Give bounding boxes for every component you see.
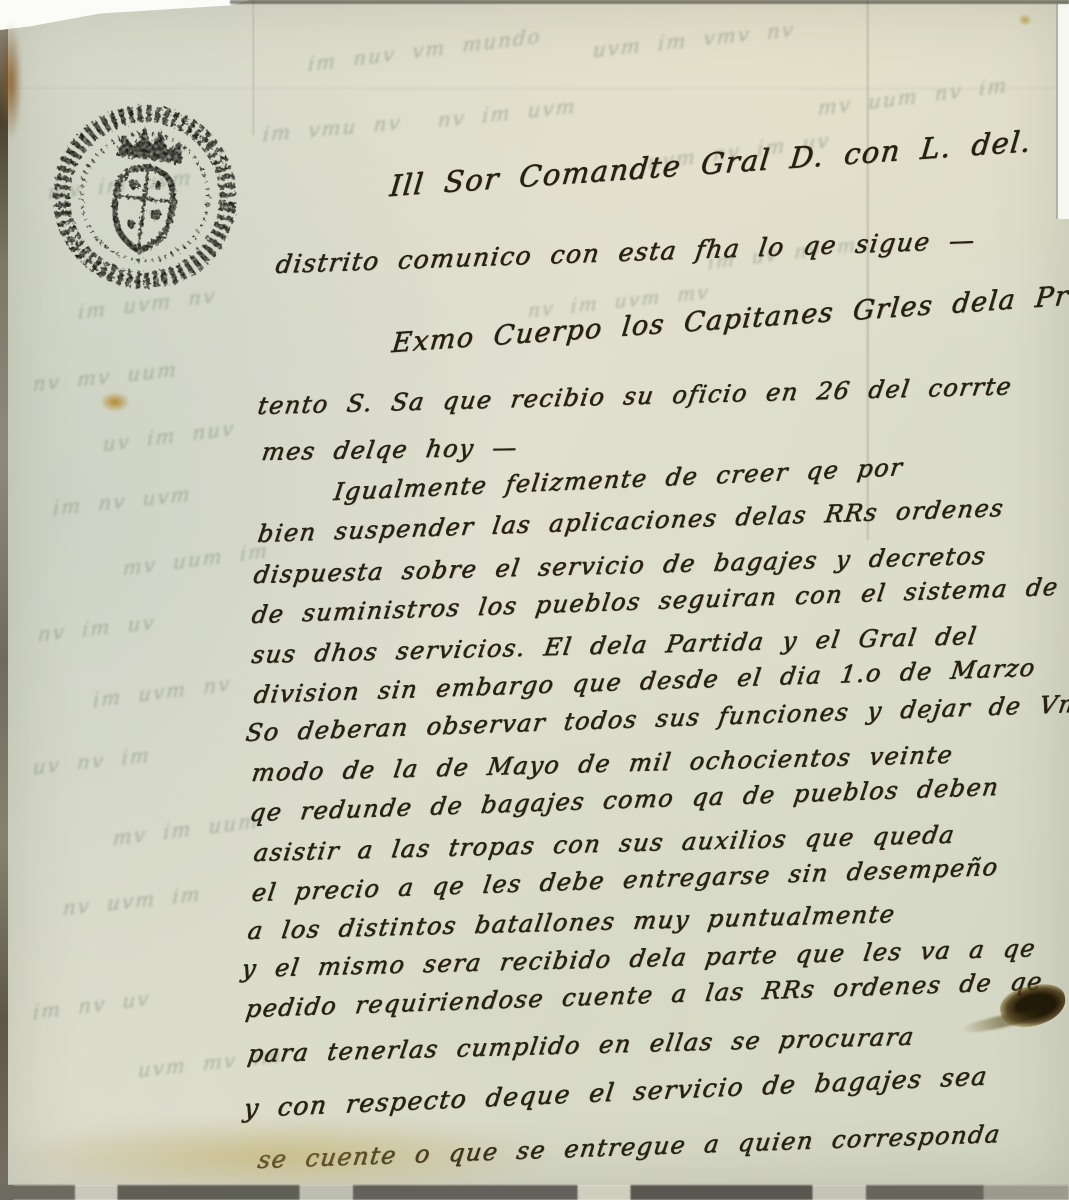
handwritten-line: mes delqe hoy —: [260, 435, 520, 464]
bleedthrough-line: nv im uv: [37, 609, 156, 646]
brown-edge-stain: [0, 22, 22, 142]
handwritten-line: a los distintos batallones muy puntualme…: [246, 902, 897, 943]
scanned-letter-page: im nuv vm mundouvm im vmv nvmv uum nv im…: [0, 0, 1069, 1200]
vertical-fold-crease: [252, 0, 255, 135]
bleedthrough-line: mv uum im: [122, 538, 269, 580]
handwritten-line: y con respecto deque el servicio de baga…: [242, 1063, 989, 1121]
paper-top-edge: [230, 0, 1069, 4]
bleedthrough-line: im uvm nv: [92, 671, 232, 712]
bleedthrough-line: nv mv uum: [32, 357, 179, 397]
paper-bottom-edge: [0, 1185, 1069, 1200]
handwritten-line: tento S. Sa que recibio su oficio en 26 …: [256, 374, 1014, 418]
bleedthrough-line: nv im uvm: [437, 93, 577, 132]
bleedthrough-line: nv uvm im: [62, 881, 202, 920]
bleedthrough-line: im vmu nv: [262, 110, 403, 146]
orange-ink-stain: [100, 392, 130, 412]
official-ink-stamp: [46, 86, 244, 304]
handwritten-line: Exmo Cuerpo los Capitanes Grles dela Pro…: [391, 279, 1069, 357]
bleedthrough-line: im nv uvm: [52, 481, 192, 520]
yellow-bottom-stain: [0, 1118, 560, 1193]
bleedthrough-line: mv im uum: [112, 808, 259, 850]
bleedthrough-line: mv uum nv im: [817, 72, 1008, 120]
handwritten-line: para tenerlas cumplido en ellas se procu…: [246, 1024, 916, 1066]
handwritten-line: Ill Sor Comandte Gral D. con L. del.: [388, 127, 1033, 201]
handwritten-line: distrito comunico con esta fha lo qe sig…: [274, 227, 977, 277]
stamp-crown: [116, 124, 187, 164]
scan-background-right-sliver: [1056, 4, 1069, 219]
bleedthrough-line: im nuv vm mundo: [307, 23, 542, 76]
bleedthrough-line: uv nv im: [32, 742, 151, 779]
bleedthrough-line: im nv uv: [32, 985, 151, 1024]
small-top-stain: [1018, 14, 1032, 26]
bleedthrough-line: uvm im vmv nv: [592, 17, 796, 63]
bleedthrough-line: uv im nuv: [102, 416, 236, 457]
